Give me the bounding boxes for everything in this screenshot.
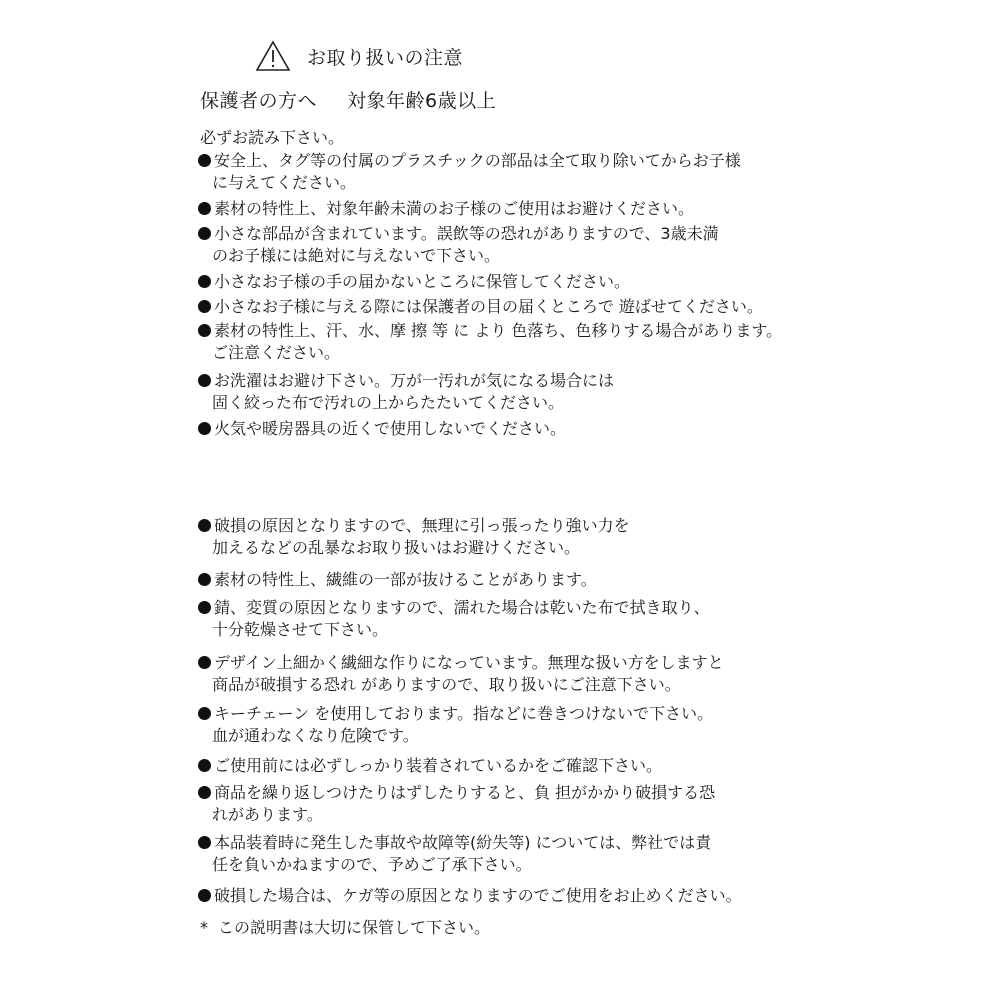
caution-item: 素材の特性上、汗、水、摩 擦 等 に より 色落ち、色移りする場合があります。ご… [198,320,782,364]
caution-item: お洗濯はお避け下さい。万が一汚れが気になる場合には固く絞った布で汚れの上からたた… [198,370,614,414]
caution-item: 破損した場合は、ケガ等の原因となりますのでご使用をお止めください。 [198,885,742,907]
bullet-icon [198,275,211,288]
document-title: お取り扱いの注意 [307,43,463,70]
caution-item: キーチェーン を使用しております。指などに巻きつけないで下さい。血が通わなくなり… [198,703,713,747]
bullet-icon [198,324,211,337]
caution-item: デザイン上細かく繊細な作りになっています。無理な扱い方をしますと商品が破損する恐… [198,652,724,696]
asterisk-marker: * [200,918,208,937]
caution-item: 小さなお子様に与える際には保護者の目の届くところで 遊ばせてください。 [198,296,763,318]
bullet-icon [198,656,211,669]
bullet-icon [198,300,211,313]
bullet-icon [198,227,211,240]
bullet-icon [198,601,211,614]
age-notice: 対象年齢6歳以上 [347,90,496,112]
bullet-icon [198,519,211,532]
bullet-icon [198,759,211,772]
care-instructions-document: お取り扱いの注意 保護者の方へ対象年齢6歳以上 必ずお読み下さい。 安全上、タグ… [0,0,1000,1000]
caution-item: 破損の原因となりますので、無理に引っ張ったり強い力を加えるなどの乱暴なお取り扱い… [198,515,630,559]
title-row: お取り扱いの注意 [255,38,463,74]
caution-item: 小さな部品が含まれています。誤飲等の恐れがありますので、3歳未満のお子様には絶対… [198,223,719,267]
audience-label: 保護者の方へ [200,90,317,112]
subtitle: 保護者の方へ対象年齢6歳以上 [200,86,496,113]
bullet-icon [198,374,211,387]
bullet-icon [198,836,211,849]
caution-item: 商品を繰り返しつけたりはずしたりすると、負 担がかかり破損する恐れがあります。 [198,782,715,826]
bullet-icon [198,202,211,215]
caution-item: ご使用前には必ずしっかり装着されているかをご確認下さい。 [198,755,662,777]
caution-item: 本品装着時に発生した事故や故障等(紛失等) については、弊社では責任を負いかねま… [198,832,711,876]
caution-item: 火気や暖房器具の近くで使用しないでください。 [198,418,566,440]
caution-item: 錆、変質の原因となりますので、濡れた場合は乾いた布で拭き取り、十分乾燥させて下さ… [198,597,710,641]
bullet-icon [198,422,211,435]
read-note: 必ずお読み下さい。 [200,125,344,148]
footnote-text: この説明書は大切に保管して下さい。 [218,918,490,937]
bullet-icon [198,573,211,586]
warning-triangle-icon [255,40,291,72]
caution-item: 素材の特性上、繊維の一部が抜けることがあります。 [198,569,597,591]
caution-item: 素材の特性上、対象年齢未満のお子様のご使用はお避けください。 [198,198,694,220]
bullet-icon [198,889,211,902]
bullet-icon [198,786,211,799]
bullet-icon [198,154,211,167]
caution-item: 小さなお子様の手の届かないところに保管してください。 [198,271,630,293]
bullet-icon [198,707,211,720]
caution-item: 安全上、タグ等の付属のプラスチックの部品は全て取り除いてからお子様に与えてくださ… [198,150,741,194]
footnote: *この説明書は大切に保管して下さい。 [200,915,490,938]
